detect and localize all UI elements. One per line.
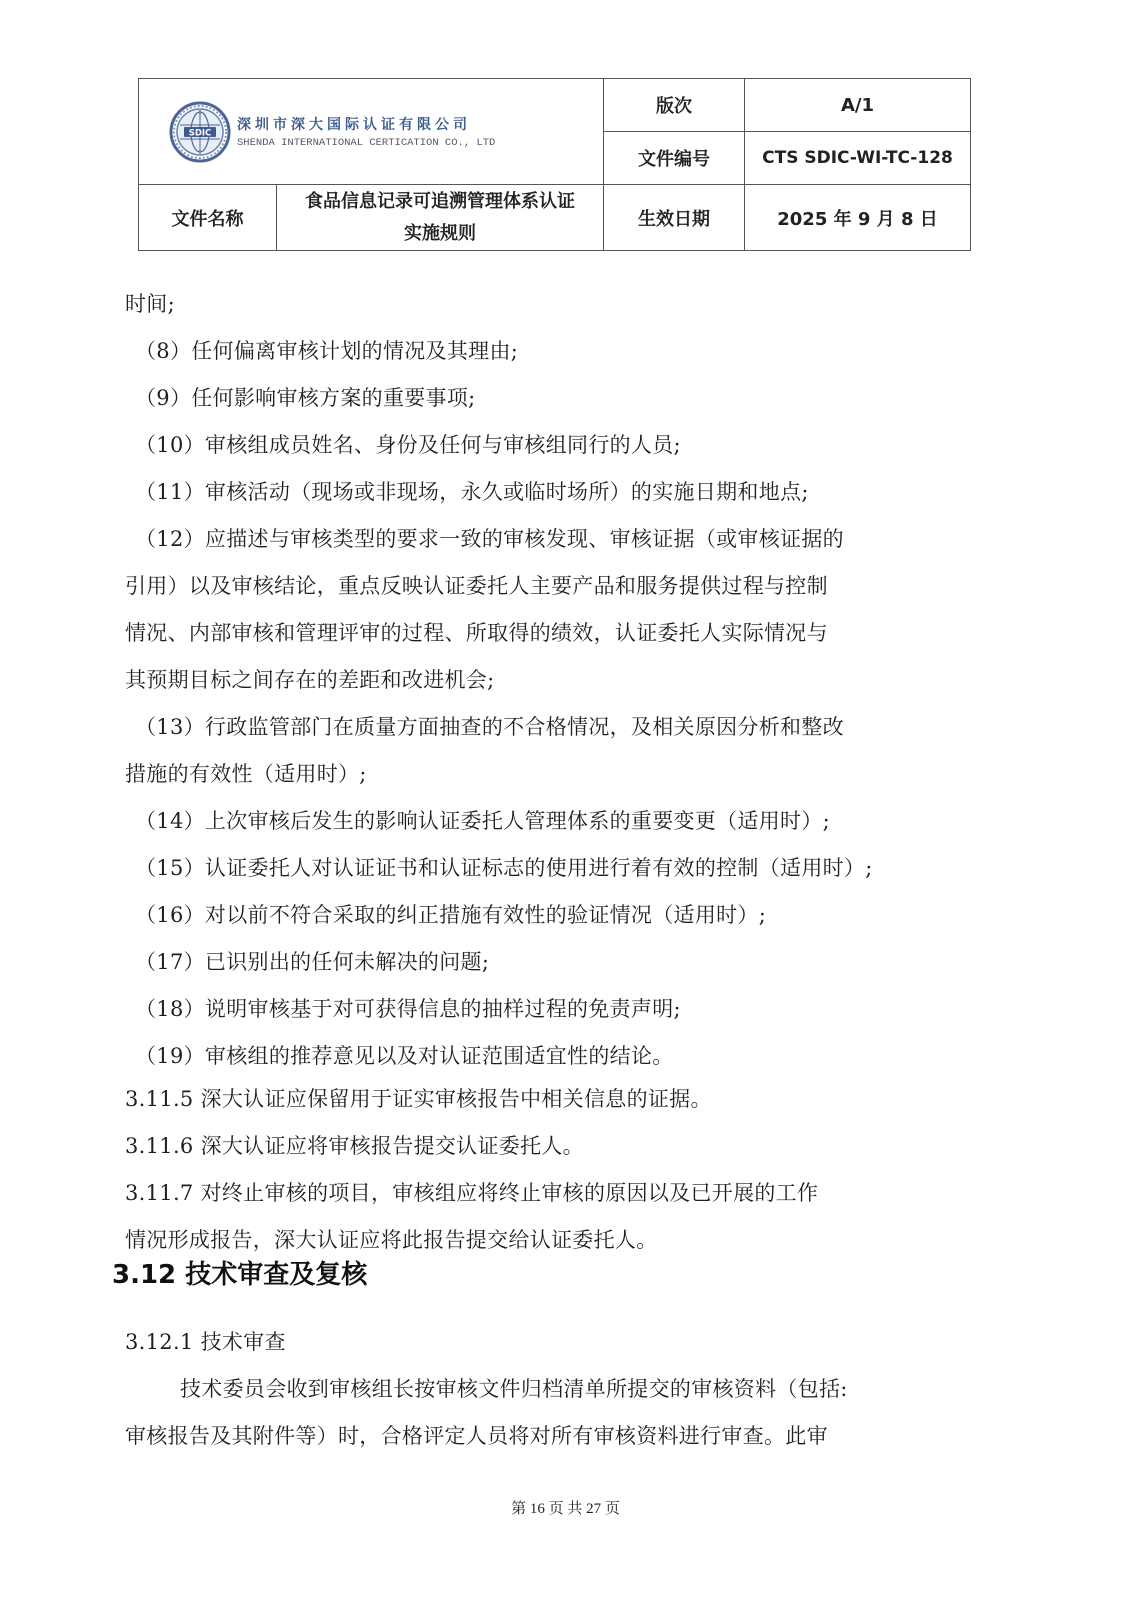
version-value: A/1 [745,79,971,132]
text-line: （13）行政监管部门在质量方面抽查的不合格情况，及相关原因分析和整改 [135,711,844,741]
company-name-en: SHENDA INTERNATIONAL CERTICATION CO., LT… [237,137,495,149]
text-line: 时间; [125,288,175,318]
company-name-cn: 深圳市深大国际认证有限公司 [237,114,495,134]
text-line: 3.11.5 深大认证应保留用于证实审核报告中相关信息的证据。 [125,1083,712,1113]
version-label: 版次 [604,79,745,132]
effective-date-label: 生效日期 [604,185,745,251]
text-line: （11）审核活动（现场或非现场，永久或临时场所）的实施日期和地点; [135,476,809,506]
text-line: （10）审核组成员姓名、身份及任何与审核组同行的人员; [135,429,681,459]
text-line: （15）认证委托人对认证证书和认证标志的使用进行着有效的控制（适用时）; [135,852,873,882]
text-line: 措施的有效性（适用时）; [125,758,367,788]
effective-date-value: 2025 年 9 月 8 日 [745,185,971,251]
doc-name-label: 文件名称 [139,185,277,251]
text-line: （9）任何影响审核方案的重要事项; [135,382,476,412]
text-line: 3.11.6 深大认证应将审核报告提交认证委托人。 [125,1130,584,1160]
page-number-footer: 第 16 页 共 27 页 [0,1497,1131,1518]
text-line: 情况、内部审核和管理评审的过程、所取得的绩效，认证委托人实际情况与 [125,617,828,647]
document-header-table: SDIC 深圳市深大国际认证有限公司 SHENDA INTERNATIONAL … [138,78,971,251]
svg-text:SDIC: SDIC [189,128,212,138]
company-logo-icon: SDIC [169,101,231,163]
text-line: （16）对以前不符合采取的纠正措施有效性的验证情况（适用时）; [135,899,766,929]
text-line: （12）应描述与审核类型的要求一致的审核发现、审核证据（或审核证据的 [135,523,844,553]
text-line: 审核报告及其附件等）时，合格评定人员将对所有审核资料进行审查。此审 [125,1420,828,1450]
section-heading-3-12: 3.12 技术审查及复核 [112,1254,367,1291]
text-line: 3.12.1 技术审查 [125,1326,286,1356]
logo-cell: SDIC 深圳市深大国际认证有限公司 SHENDA INTERNATIONAL … [139,79,604,185]
text-line: （17）已识别出的任何未解决的问题; [135,946,489,976]
text-line: 3.11.7 对终止审核的项目，审核组应将终止审核的原因以及已开展的工作 [125,1177,818,1207]
doc-no-label: 文件编号 [604,132,745,185]
text-line: （19）审核组的推荐意见以及对认证范围适宜性的结论。 [135,1040,674,1070]
doc-name-value: 食品信息记录可追溯管理体系认证 实施规则 [277,185,604,251]
text-line: 技术委员会收到审核组长按审核文件归档清单所提交的审核资料（包括: [180,1373,848,1403]
text-line: 引用）以及审核结论，重点反映认证委托人主要产品和服务提供过程与控制 [125,570,828,600]
text-line: （8）任何偏离审核计划的情况及其理由; [135,335,518,365]
doc-no-value: CTS SDIC-WI-TC-128 [745,132,971,185]
text-line: （14）上次审核后发生的影响认证委托人管理体系的重要变更（适用时）; [135,805,830,835]
text-line: 情况形成报告，深大认证应将此报告提交给认证委托人。 [125,1224,658,1254]
text-line: 其预期目标之间存在的差距和改进机会; [125,664,494,694]
text-line: （18）说明审核基于对可获得信息的抽样过程的免责声明; [135,993,681,1023]
